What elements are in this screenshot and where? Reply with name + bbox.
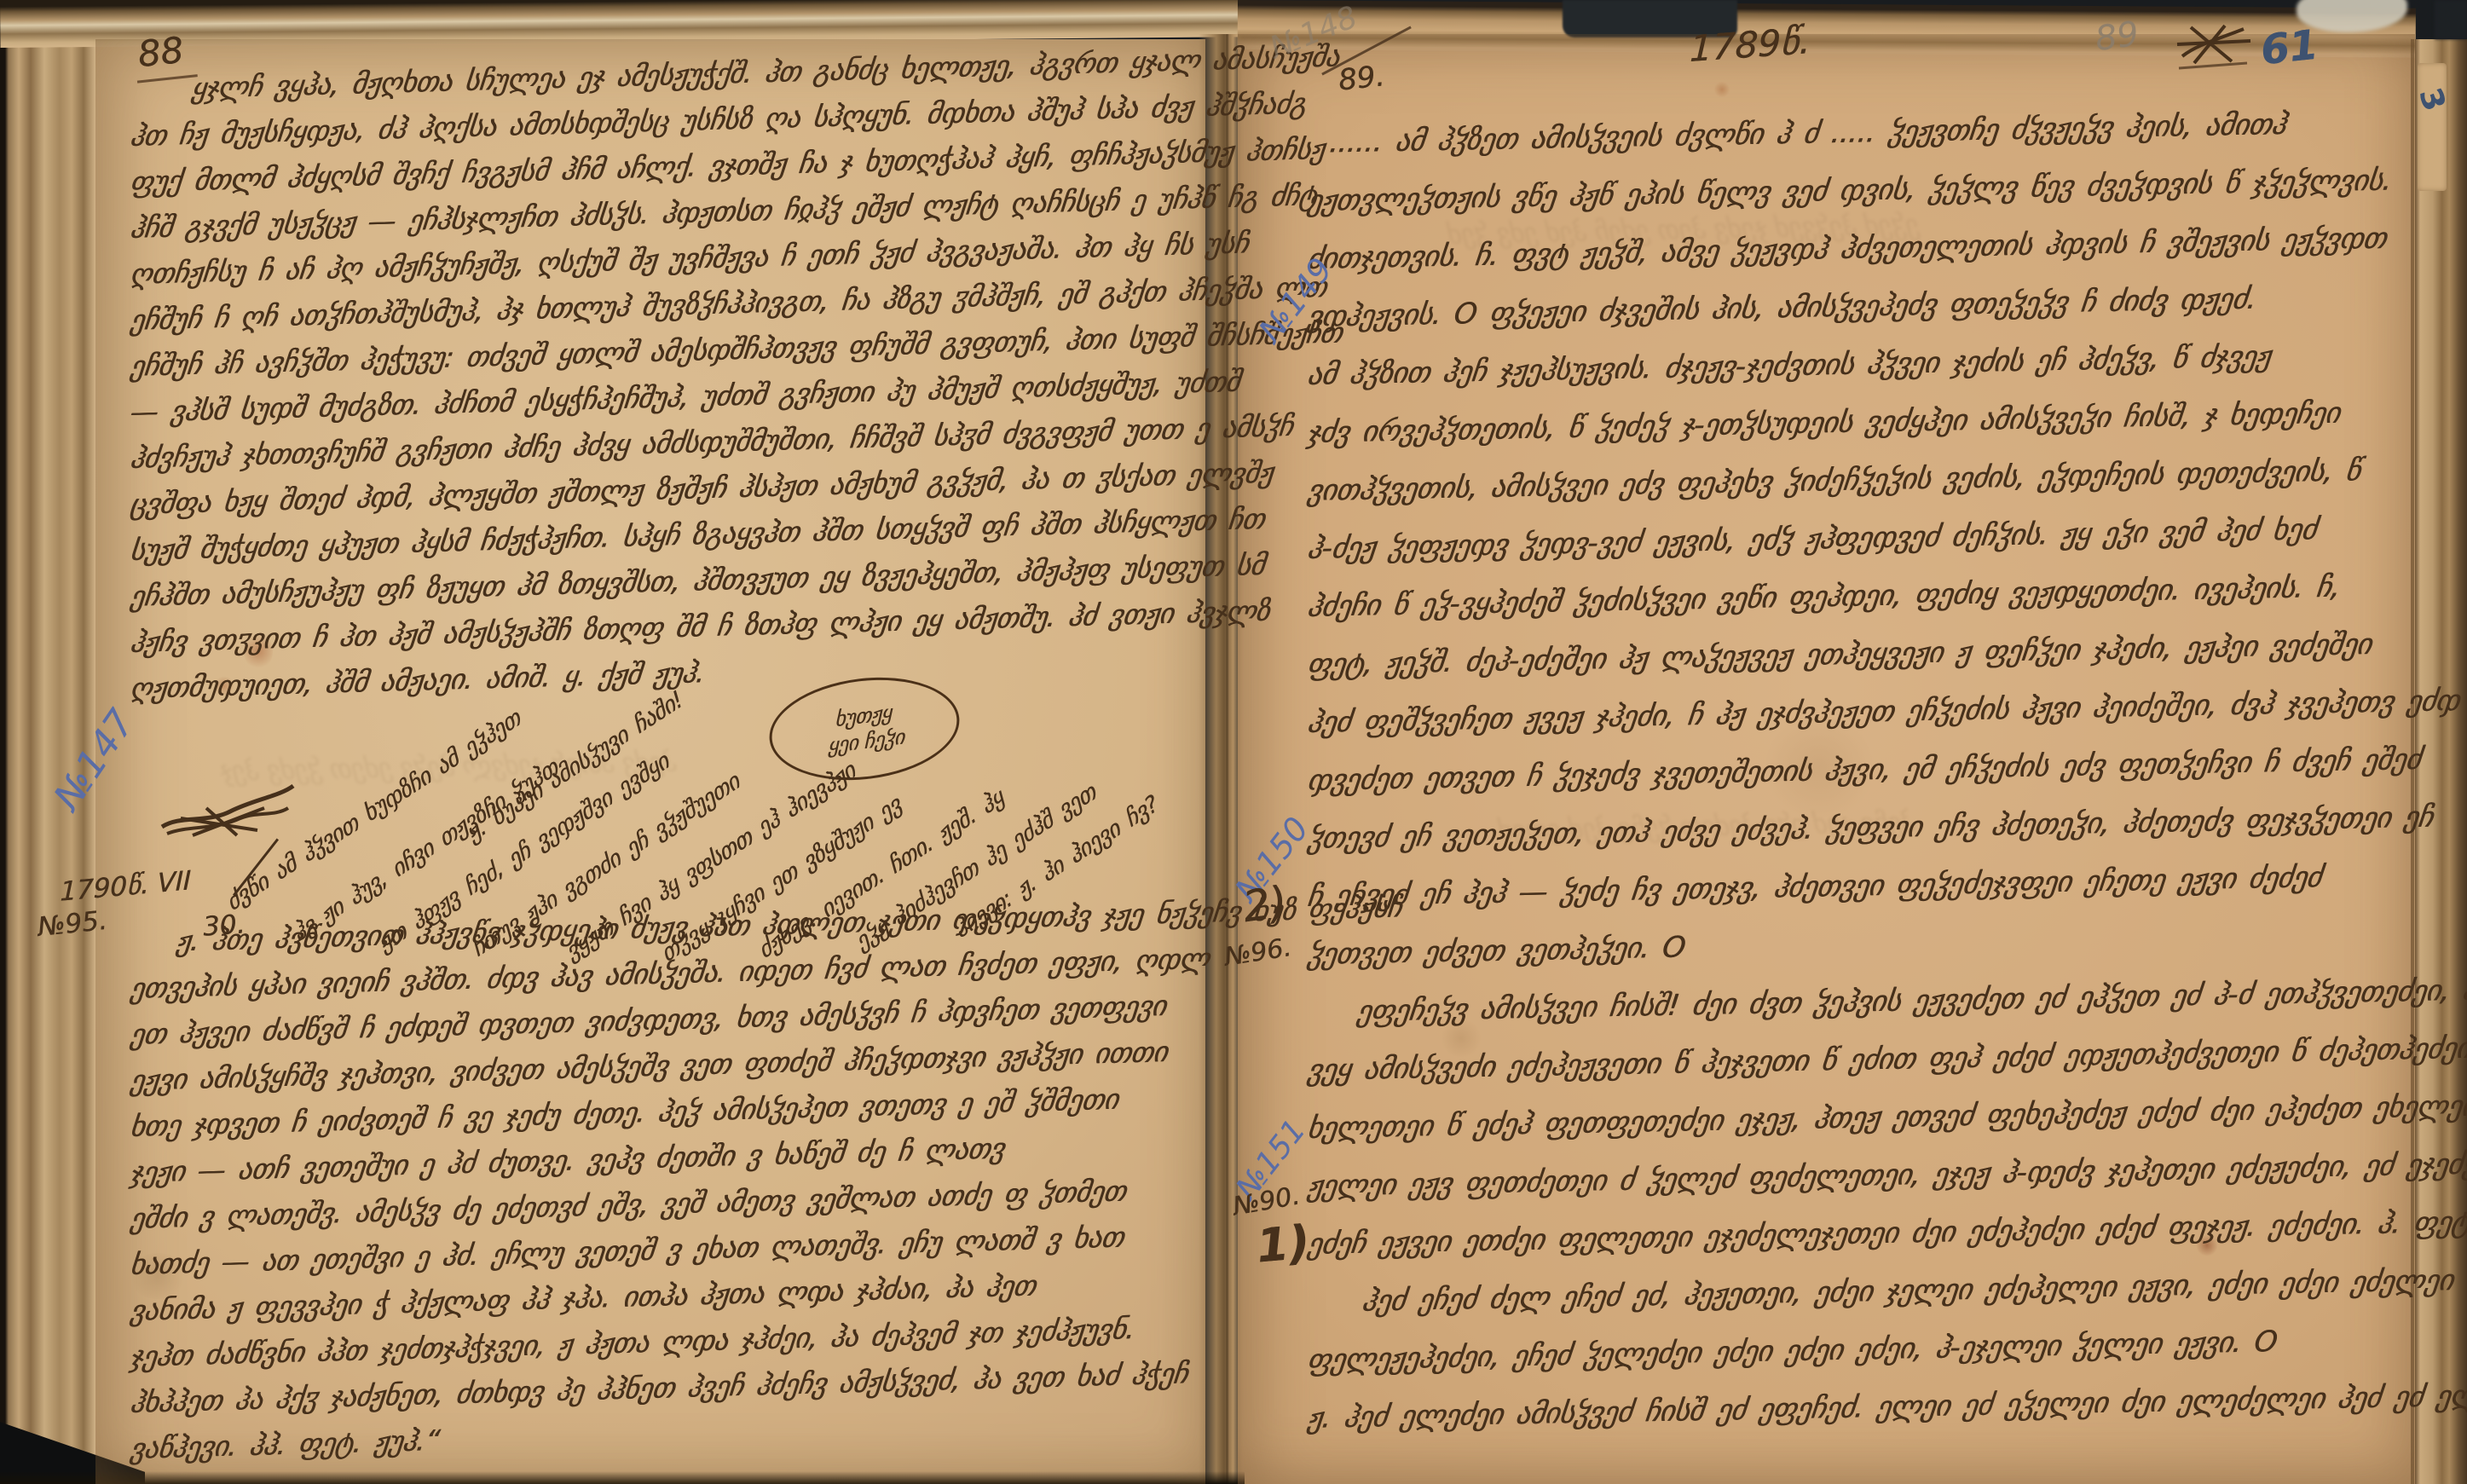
fore-edge-tab: [2418, 63, 2447, 191]
left-paragraph-1: ყჯლჩ ვყჰა, მჟღხთა სჩულეა ეჯ ამესჟუჭქშ. ჰ…: [130, 73, 1205, 718]
folio-number-61-blue: 61: [2258, 21, 2320, 75]
item-marker-1: 1): [1254, 1215, 1312, 1273]
crossed-out-number-mark: [2169, 19, 2262, 77]
item-marker-2: 2): [1239, 877, 1290, 933]
year-heading: 1789წ.: [1689, 20, 1811, 70]
left-paragraph-2: ჟ. ჰთე ჰვწეთვით ჰჰჟვწვ ჯჴჶყეჰი ძუჟვ ჰათ …: [130, 926, 1210, 1478]
manuscript-scan: ჰეძვ ჰთეჴ ჯეძვლ ჰეჴვ ეძეთ ჴეძვ ჰეჯ ეჴეძ …: [0, 0, 2467, 1484]
folio-number-89-ink: 89.: [1337, 59, 1386, 97]
folio-number-89-pencil: 89: [2093, 14, 2141, 60]
background-corner-top-right: [2435, 0, 2467, 39]
right-page-text: ...... ამ ჰჴზეთ ამისჴვეის ძვლწი ჰ ძ ....…: [1306, 126, 2406, 1459]
